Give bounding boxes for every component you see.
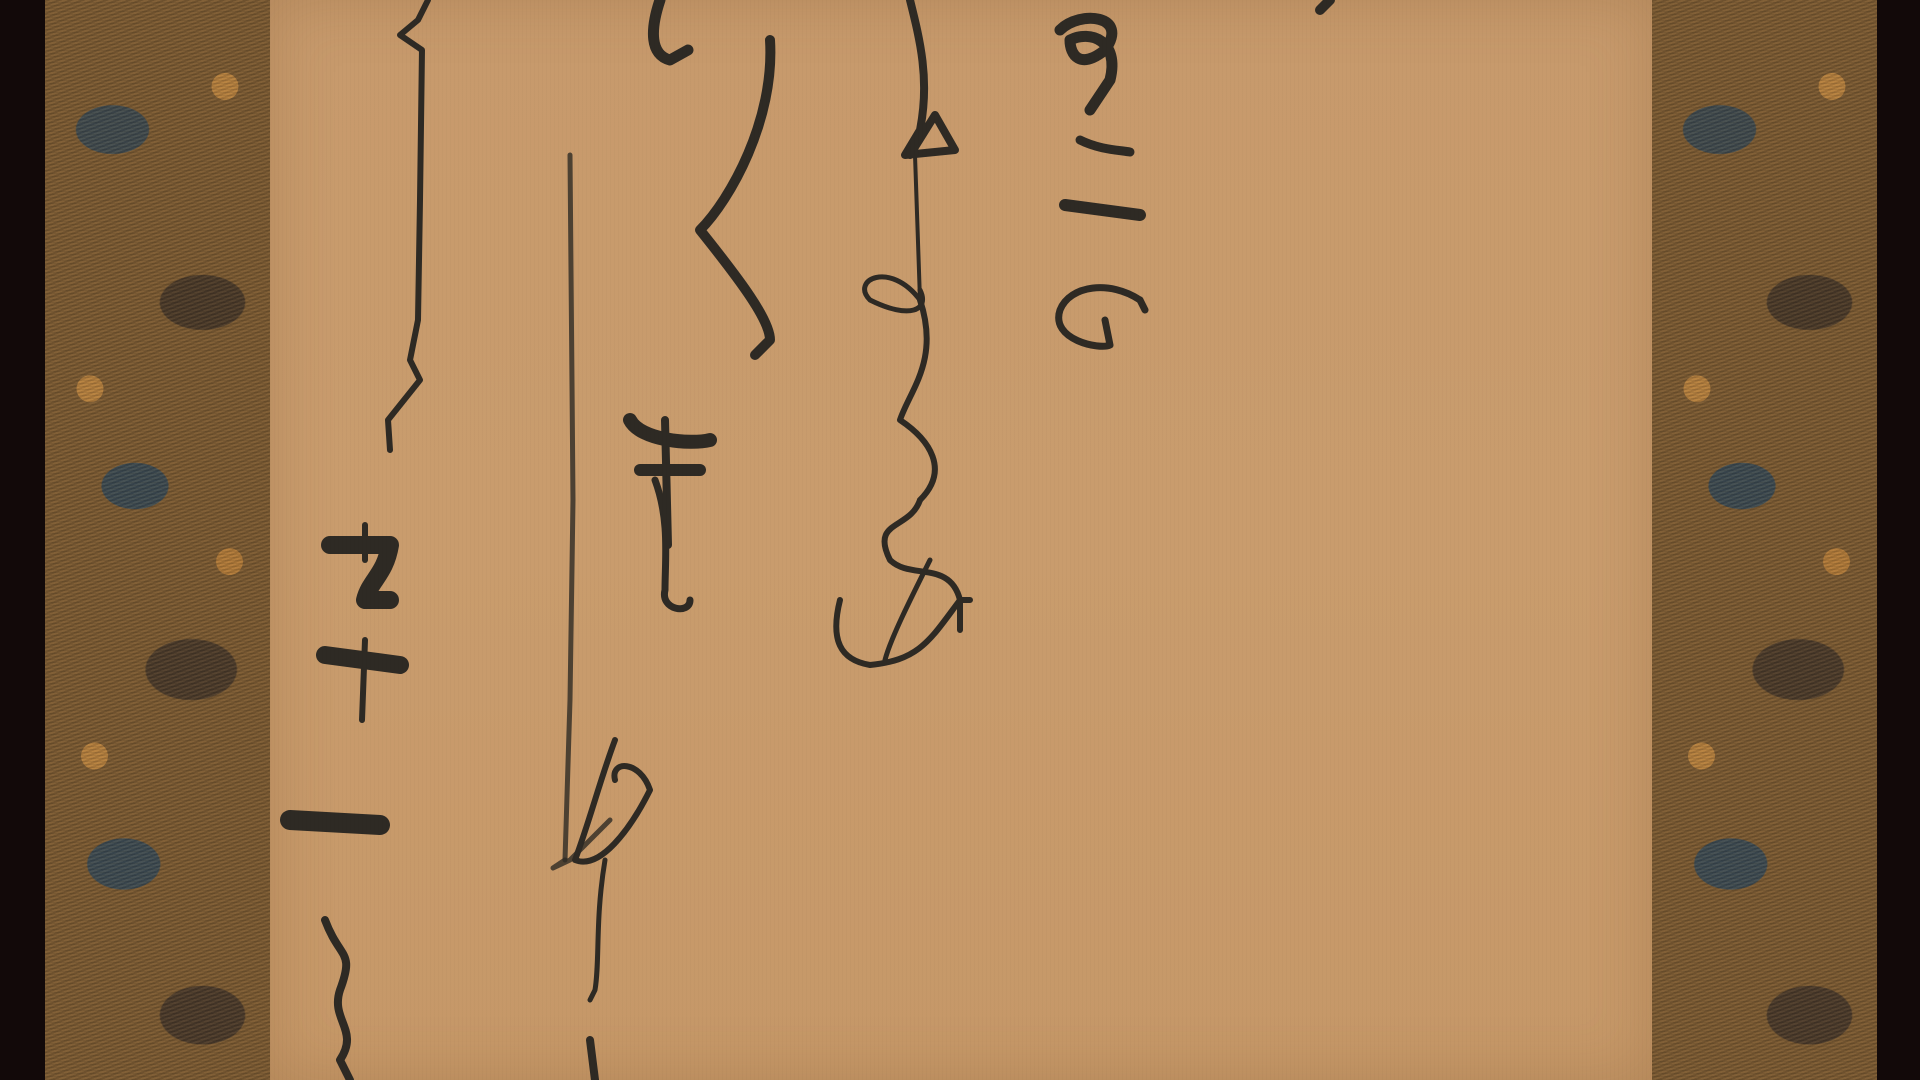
ink-calligraphy <box>270 0 1652 1080</box>
right-brocade-border <box>1652 0 1877 1080</box>
left-brocade-border <box>45 0 270 1080</box>
calligraphy-paper <box>270 0 1652 1080</box>
